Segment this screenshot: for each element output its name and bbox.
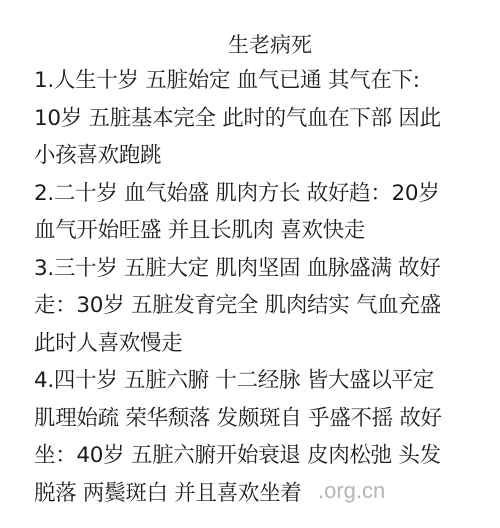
page-title: 生老病死 (0, 30, 500, 60)
text-line: 脱落 两鬓斑白 并且喜欢坐着 (34, 475, 474, 513)
document-body: 1.人生十岁 五脏始定 血气已通 其气在下: 10岁 五脏基本完全 此时的气血在… (34, 62, 474, 512)
text-line: 肌理始疏 荣华颓落 发颇斑自 乎盛不摇 故好 (34, 400, 474, 438)
text-line: 4.四十岁 五脏六腑 十二经脉 皆大盛以平定 (34, 362, 474, 400)
text-line: 10岁 五脏基本完全 此时的气血在下部 因此 (34, 100, 474, 138)
text-line: 此时人喜欢慢走 (34, 325, 474, 363)
text-line: 小孩喜欢跑跳 (34, 137, 474, 175)
text-line: 2.二十岁 血气始盛 肌肉方长 故好趋：20岁 (34, 175, 474, 213)
text-line: 1.人生十岁 五脏始定 血气已通 其气在下: (34, 62, 474, 100)
text-line: 3.三十岁 五脏大定 肌肉坚固 血脉盛满 故好 (34, 250, 474, 288)
text-line: 坐：40岁 五脏六腑开始衰退 皮肉松弛 头发 (34, 437, 474, 475)
text-line: 血气开始旺盛 并且长肌肉 喜欢快走 (34, 212, 474, 250)
text-line: 走：30岁 五脏发育完全 肌肉结实 气血充盛 (34, 287, 474, 325)
